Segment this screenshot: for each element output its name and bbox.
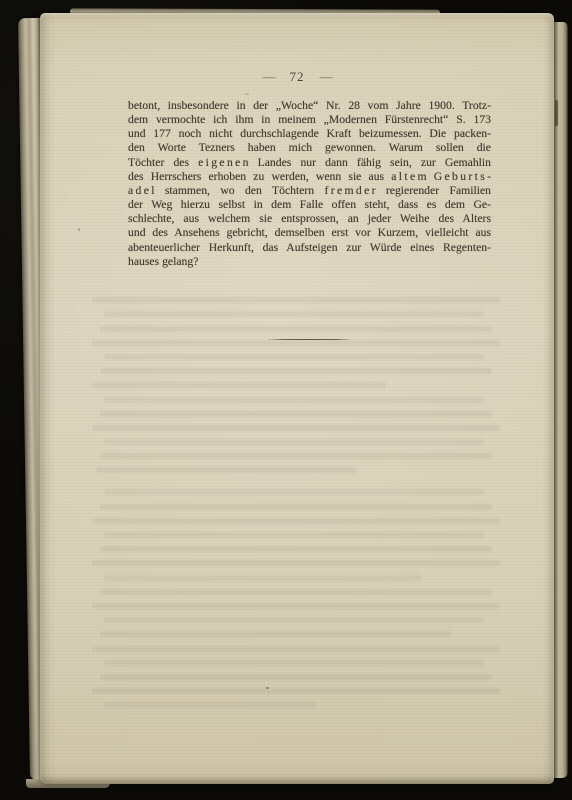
text-line: und 177 noch nicht durchschlagende Kraft… [128, 127, 491, 141]
text-line: schlechte, aus welchem sie entsprossen, … [128, 212, 491, 226]
text-line: der Weg hierzu selbst in dem Falle offen… [128, 198, 491, 212]
bleedthrough-verso-text [92, 289, 500, 716]
text-line: betont, insbesondere in der „Woche“ Nr. … [128, 99, 491, 113]
text-line: a d e l stammen, wo den Töchtern f r e m… [128, 184, 491, 198]
scanned-book-photo: { "page": { "header": { "dash_left": "\u… [0, 0, 572, 800]
dust-speck [78, 228, 80, 231]
text-line: abenteuerlicher Herkunft, das Aufsteigen… [128, 241, 491, 255]
text-line: und des Ansehens gebricht, demselben ers… [128, 226, 491, 240]
page-number: 72 [290, 69, 305, 84]
paragraph: betont, insbesondere in der „Woche“ Nr. … [128, 99, 491, 269]
edge-crease-mark [555, 100, 558, 126]
text-line: des Herrschers erhoben zu werden, wenn s… [128, 170, 491, 184]
page-header: —72— [40, 69, 554, 85]
section-divider-rule [268, 339, 350, 340]
header-dash-right: — [320, 69, 332, 84]
text-line: den Worte Tezners haben mich gewonnen. W… [128, 141, 491, 155]
book-page: —72— betont, insbesondere in der „Woche“… [40, 13, 554, 784]
text-line: dem vermochte ich ihm in meinem „Moderne… [128, 113, 491, 127]
page-right-edge [552, 22, 568, 778]
dust-speck [245, 93, 249, 95]
dust-speck [266, 687, 269, 689]
text-line: Töchter des e i g e n e n Landes nur dan… [128, 156, 491, 170]
text-line: hauses gelang? [128, 255, 491, 269]
header-dash-left: — [263, 69, 275, 84]
